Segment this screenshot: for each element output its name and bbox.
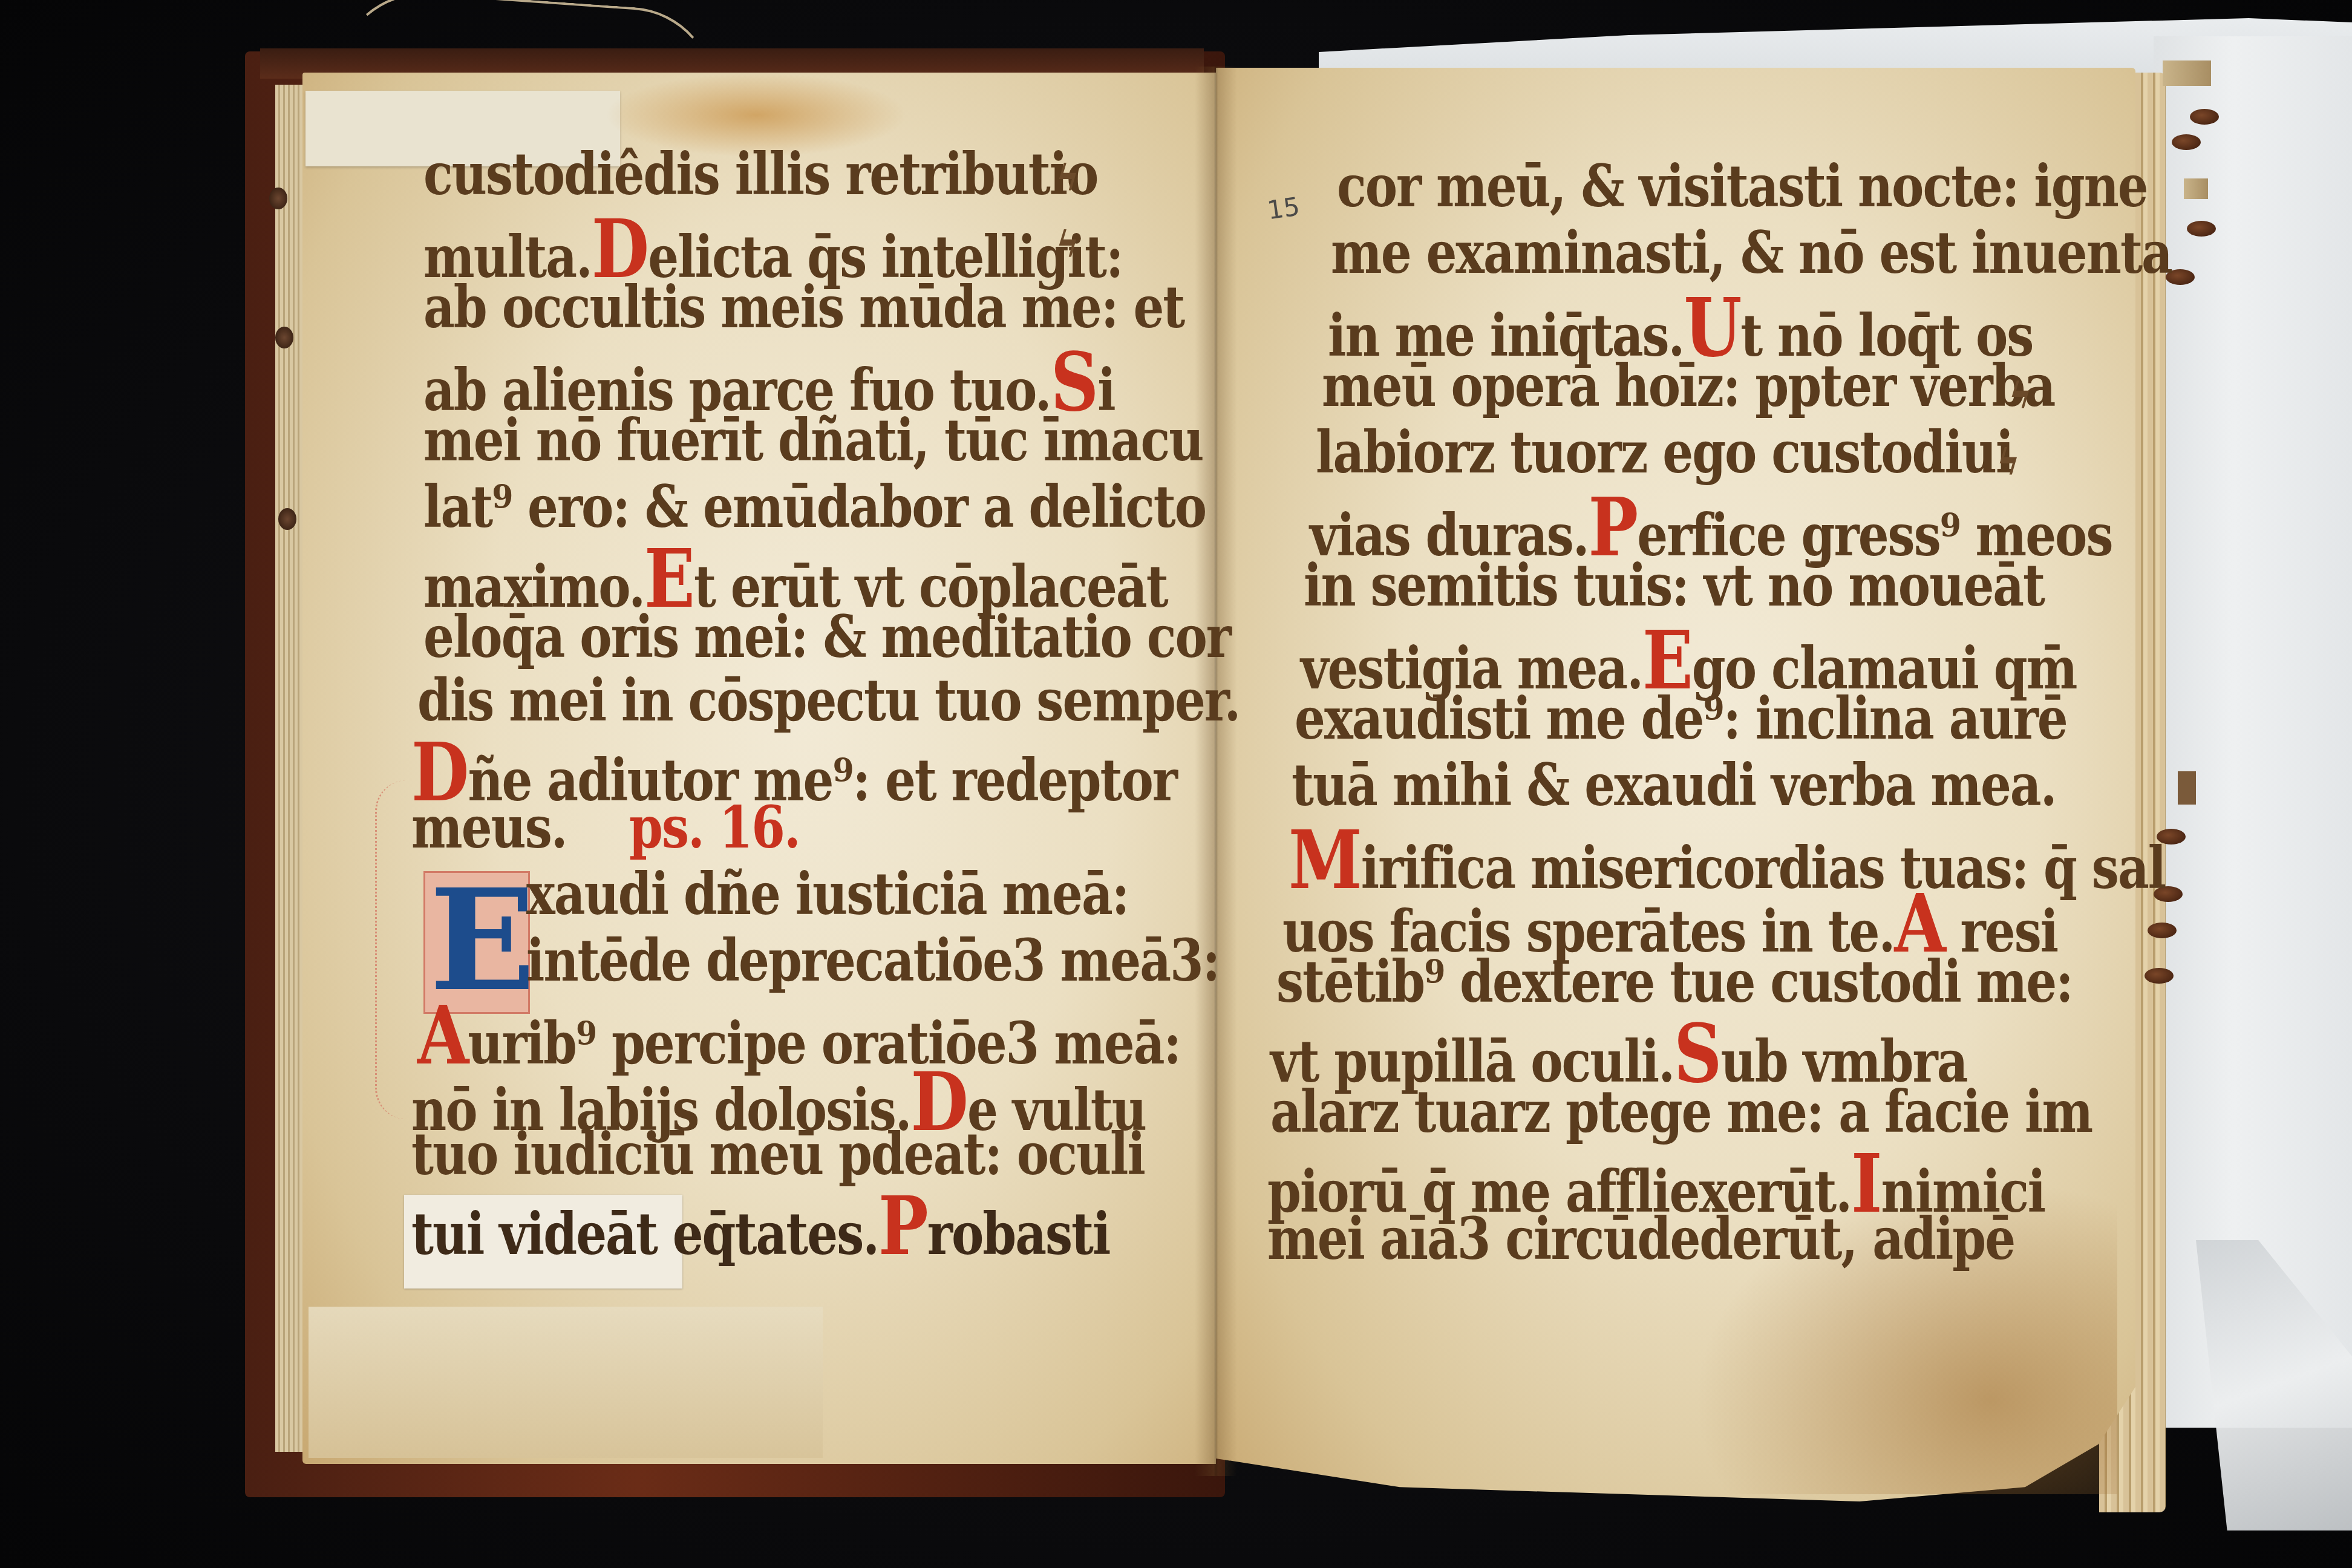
text-line: custodiêdis illis retributio [423, 140, 1097, 208]
text-line: meus. ps. 16. [411, 793, 800, 861]
text-line: mei aīa3 circūdederūt, adipē [1267, 1204, 2014, 1273]
page-tab [2163, 60, 2211, 86]
rubric-initial: P [878, 1179, 927, 1273]
repair-patch-bottom [309, 1307, 823, 1458]
text-line: alarz tuarz ptege me: a facie im [1270, 1077, 2092, 1146]
text-line: in semitis tuis: vt nō moueāt [1304, 551, 2044, 619]
text-line: dis mei in cōspectu tuo semper. [417, 666, 1240, 734]
text-line: lat⁹ ero: & emūdabor a delicto [423, 472, 1206, 541]
folio-number: 15 [1266, 192, 1302, 226]
text-line: labiorz tuorz ego custodiui [1316, 418, 2013, 486]
text-line: ab occultis meis mūda me: et [423, 273, 1184, 341]
line-filler-mark: ϟ [2008, 375, 2033, 417]
bead-peg [2145, 968, 2174, 984]
gutter-shadow [1195, 67, 1237, 1476]
page-tab [2178, 771, 2196, 805]
bead-peg [2148, 923, 2177, 938]
text-line: tuo iudiciū meū pdeat: oculi [411, 1120, 1145, 1188]
text-line: exaudisti me de⁹: inclina aurē [1295, 684, 2067, 753]
bead-peg-left [269, 188, 287, 209]
text-line: eloq̄a oris mei: & meditatio cor [423, 603, 1230, 671]
text-line: tui videāt eq̄tates.Probasti [411, 1179, 1109, 1273]
line-filler-mark: ϟ [1996, 442, 2020, 484]
bead-peg-left [278, 508, 296, 530]
bead-peg [2190, 109, 2219, 125]
tissue-paper-right [2154, 36, 2352, 1428]
text-line: me examinasti, & nō est inuenta [1331, 218, 2172, 287]
bead-peg [2187, 221, 2216, 237]
text-line: cor meū, & visitasti nocte: igne [1337, 152, 2148, 220]
text-line: stētib⁹ dextere tue custodi me: [1276, 947, 2073, 1016]
text-line: mei nō fuerīt dñati, tūc īmacu [423, 406, 1203, 474]
line-filler-mark: ϟ [1056, 157, 1080, 200]
text-line: intēde deprecatiōe3 meā3: [526, 926, 1219, 995]
line-filler-mark: ϟ [1056, 224, 1080, 266]
text-line: meū opera hoīz: ppter verba [1322, 351, 2054, 420]
text-line: xaudi dñe iusticiā meā:E [526, 860, 1128, 928]
bead-peg-left [275, 327, 293, 348]
page-tab [2184, 178, 2208, 199]
text-line: tuā mihi & exaudi verba mea. [1292, 751, 2056, 819]
bead-peg [2172, 134, 2201, 150]
psalm-heading: ps. 16. [629, 793, 800, 861]
